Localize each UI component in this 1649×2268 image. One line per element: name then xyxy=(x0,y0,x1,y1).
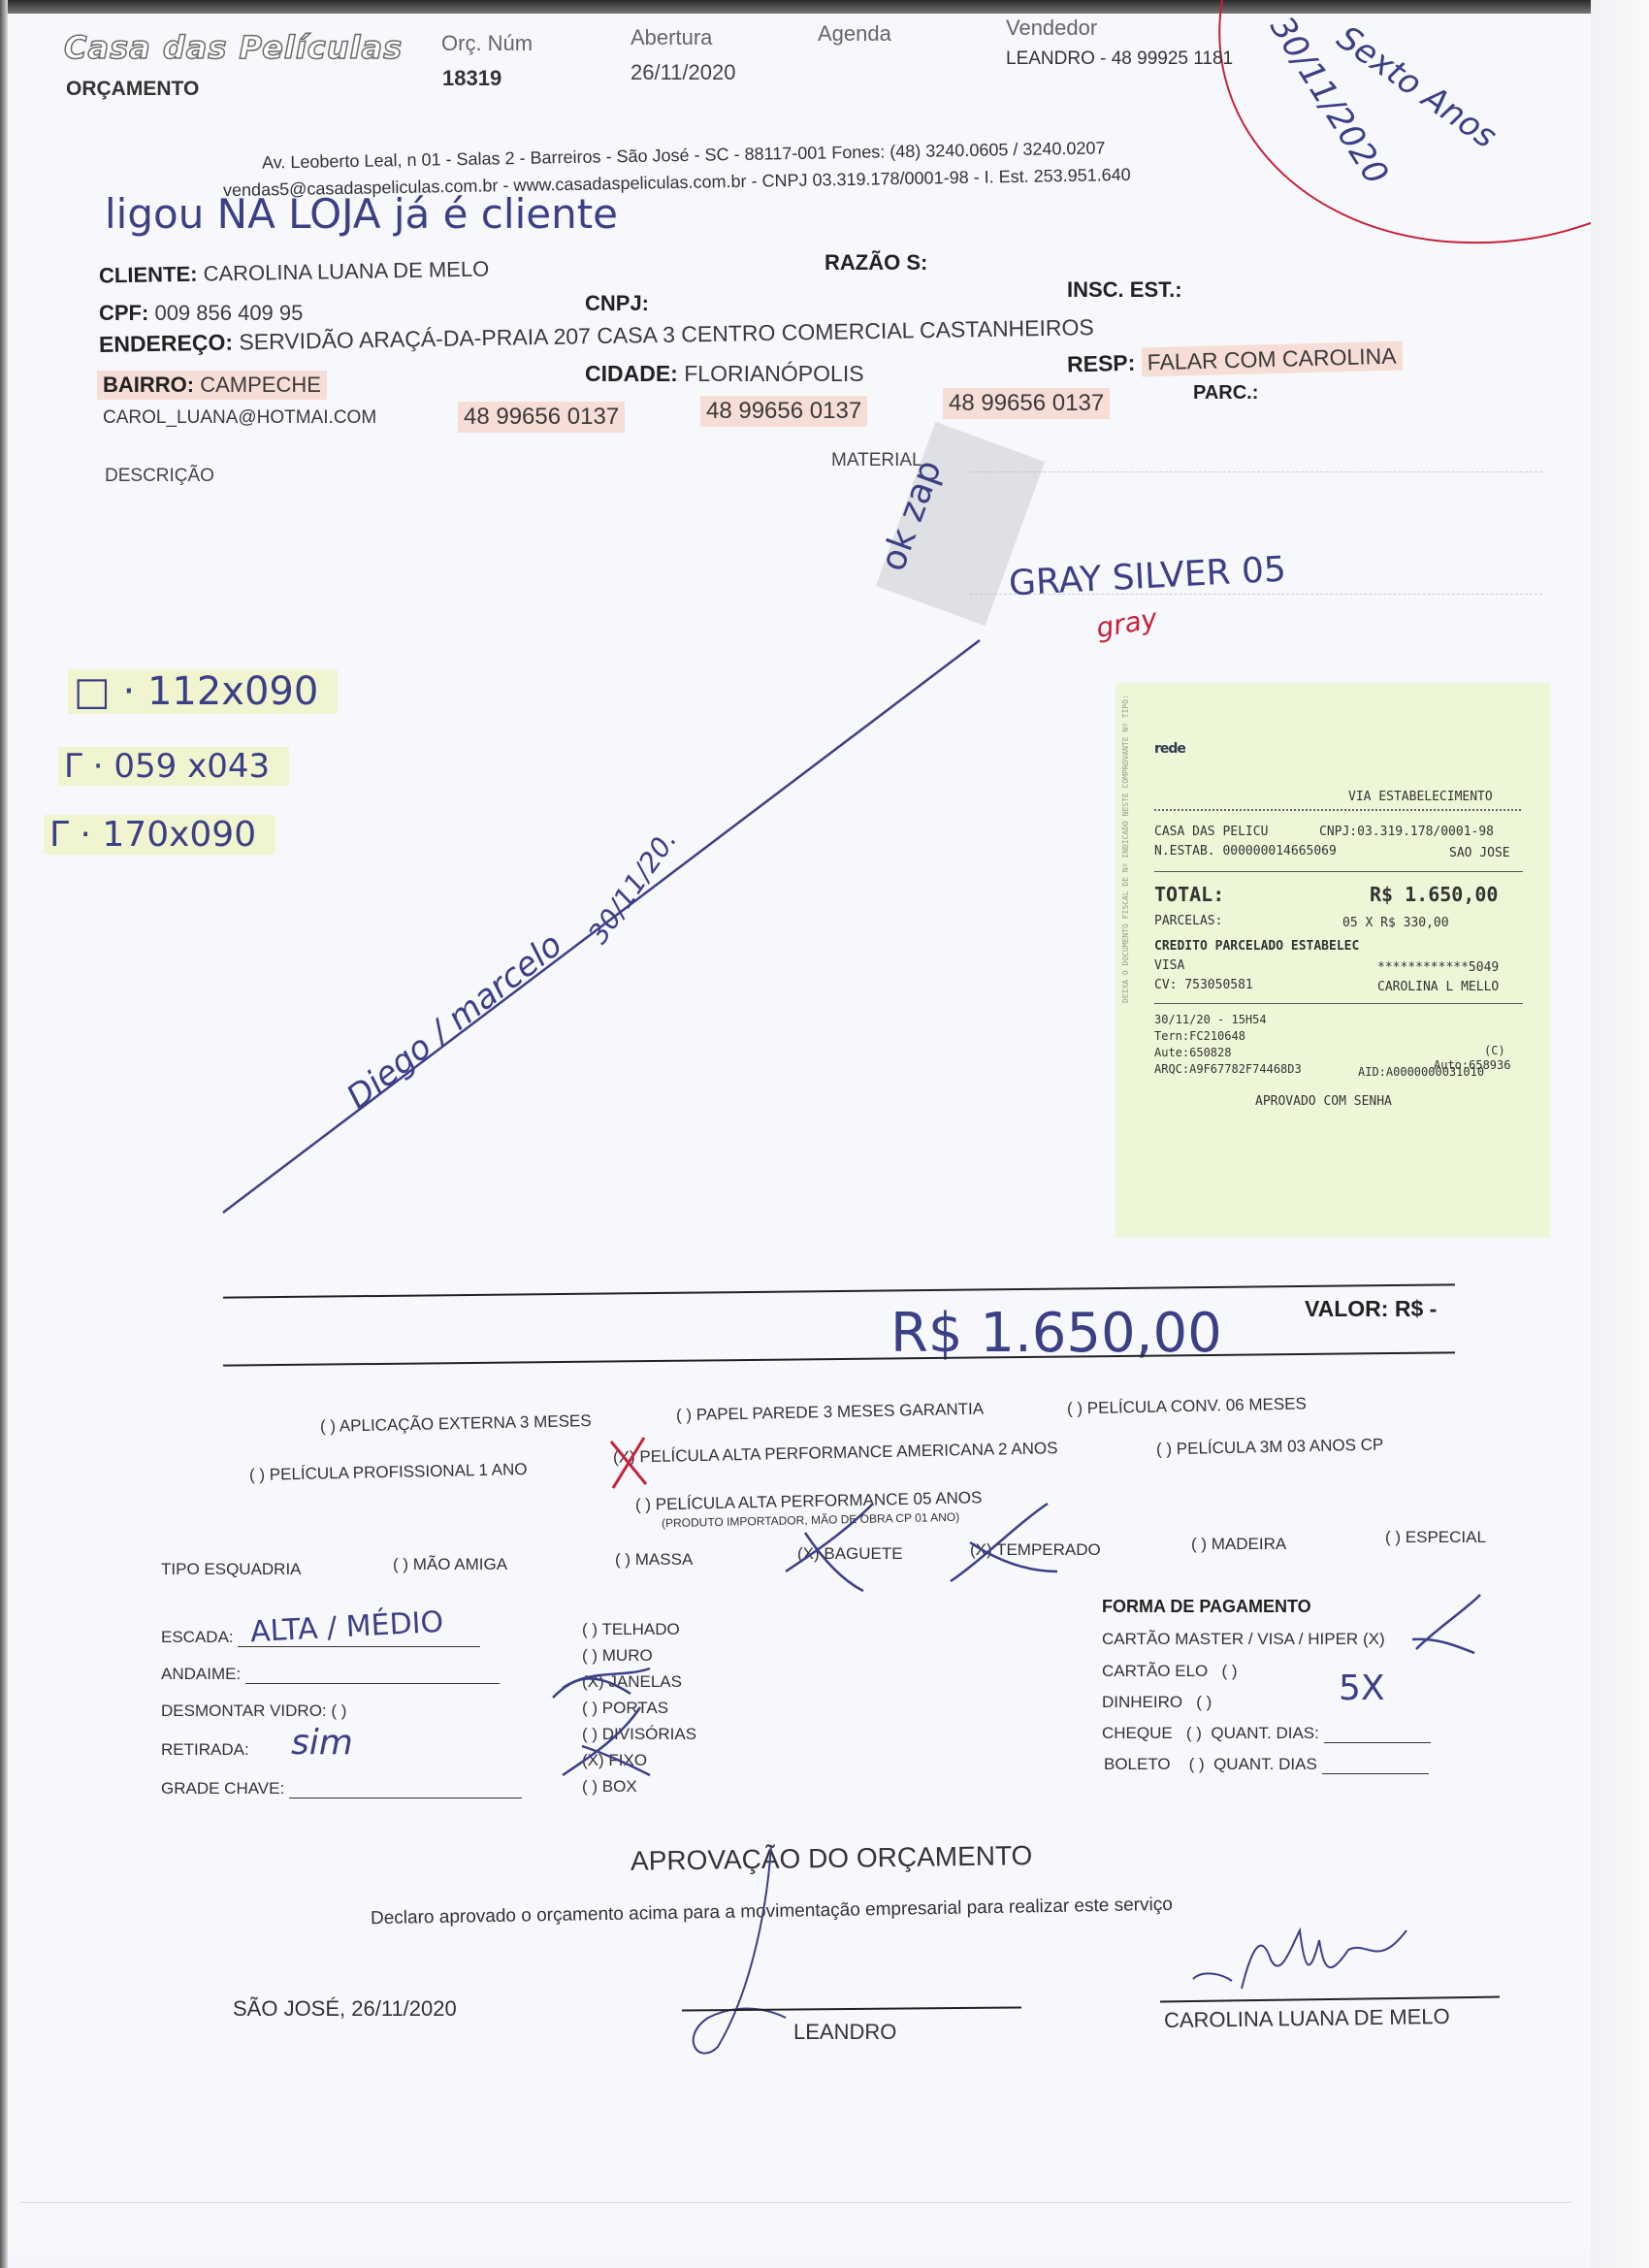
client-phone-2: 48 99656 0137 xyxy=(700,396,867,427)
vendedor-label: Vendedor xyxy=(1006,16,1097,41)
receipt-divider-2 xyxy=(1154,1003,1523,1004)
receipt-card-brand: VISA xyxy=(1154,958,1184,973)
receipt-side-text: DEIXA O DOCUMENTO FISCAL DE Nº INDICADO … xyxy=(1121,695,1130,1003)
desmontar-label: DESMONTAR VIDRO: xyxy=(161,1701,327,1720)
receipt-card-number: ************5049 xyxy=(1377,960,1499,975)
receipt-cv: CV: 753050581 xyxy=(1154,978,1253,992)
payment-dinheiro-box[interactable]: ( ) xyxy=(1196,1693,1212,1711)
razao-label: RAZÃO S: xyxy=(824,250,927,275)
cpf-label: CPF: xyxy=(99,301,148,325)
orc-num: 18319 xyxy=(442,66,501,91)
bairro-value: CAMPECHE xyxy=(200,373,321,397)
receipt-merchant: CASA DAS PELICU xyxy=(1154,825,1268,839)
andaime-label: ANDAIME: xyxy=(161,1665,241,1683)
desmontar-checkbox[interactable]: ( ) xyxy=(331,1701,346,1720)
parc-label: PARC.: xyxy=(1193,382,1258,405)
desmontar-row: DESMONTAR VIDRO: ( ) xyxy=(161,1701,346,1721)
rede-logo: rede xyxy=(1154,741,1185,757)
esquadria-mao-amiga[interactable]: ( ) MÃO AMIGA xyxy=(393,1555,507,1574)
receipt-cnpj: CNPJ:03.319.178/0001-98 xyxy=(1319,825,1494,839)
payment-boleto-days-field[interactable] xyxy=(1322,1758,1429,1774)
receipt-arqc: ARQC:A9F67782F74468D3 xyxy=(1154,1062,1302,1076)
payment-cheque[interactable]: CHEQUE ( ) QUANT. DIAS: xyxy=(1102,1724,1431,1743)
cidade-value: FLORIANÓPOLIS xyxy=(684,361,863,386)
scan-edge-left xyxy=(0,0,8,2268)
payment-cheque-days-field[interactable] xyxy=(1324,1727,1431,1743)
vendedor-value: LEANDRO - 48 99925 1181 xyxy=(1006,49,1233,70)
orc-num-label: Orç. Núm xyxy=(441,31,533,56)
cliente-label: CLIENTE: xyxy=(99,262,198,288)
client-phone-1: 48 99656 0137 xyxy=(458,402,625,433)
abertura-date: 26/11/2020 xyxy=(630,60,735,85)
payment-boleto-label: BOLETO xyxy=(1104,1755,1171,1773)
payment-cheque-label: CHEQUE xyxy=(1102,1724,1173,1742)
abertura-label: Abertura xyxy=(630,25,712,50)
payment-cheque-days-label: QUANT. DIAS: xyxy=(1211,1724,1318,1742)
cidade-label: CIDADE: xyxy=(585,361,678,386)
receipt-holder: CAROLINA L MELLO xyxy=(1377,980,1499,994)
receipt-city: SAO JOSE xyxy=(1449,846,1510,860)
grade-chave-label: GRADE CHAVE: xyxy=(161,1779,284,1798)
descricao-label: DESCRIÇÃO xyxy=(105,466,214,487)
client-phone-3: 48 99656 0137 xyxy=(943,388,1110,419)
handwritten-call-note: ligou NA LOJA já é cliente xyxy=(105,190,618,238)
receipt-divider-dots xyxy=(1154,809,1521,811)
cpf-value: 009 856 409 95 xyxy=(154,301,303,325)
agenda-label: Agenda xyxy=(818,21,891,47)
client-name: CAROLINA LUANA DE MELO xyxy=(1164,2004,1450,2033)
receipt-status: APROVADO COM SENHA xyxy=(1255,1094,1392,1109)
payment-cartao-master-box[interactable]: (X) xyxy=(1363,1630,1385,1648)
esquadria-label: TIPO ESQUADRIA xyxy=(161,1560,302,1579)
escada-label: ESCADA: xyxy=(161,1628,234,1646)
andaime-field[interactable] xyxy=(245,1666,500,1684)
payment-title: FORMA DE PAGAMENTO xyxy=(1102,1597,1311,1617)
payment-boleto[interactable]: BOLETO ( ) QUANT. DIAS xyxy=(1104,1755,1429,1774)
payment-dinheiro-label: DINHEIRO xyxy=(1102,1693,1182,1711)
receipt-total: R$ 1.650,00 xyxy=(1370,883,1498,906)
payment-cartao-elo-label: CARTÃO ELO xyxy=(1102,1662,1208,1680)
endereco-label: ENDEREÇO: xyxy=(99,330,233,357)
receipt-c-flag: (C) xyxy=(1484,1044,1505,1057)
bairro-row: BAIRRO: CAMPECHE xyxy=(97,371,327,400)
receipt-term: Tern:FC210648 xyxy=(1154,1029,1245,1043)
payment-cartao-master[interactable]: CARTÃO MASTER / VISA / HIPER (X) xyxy=(1102,1630,1385,1649)
bairro-label: BAIRRO: xyxy=(103,373,194,397)
receipt-estab: N.ESTAB. 000000014665069 xyxy=(1154,844,1337,859)
checked-x-mark-red xyxy=(607,1434,652,1492)
grade-row: GRADE CHAVE: xyxy=(161,1779,522,1798)
receipt-parcelas: 05 X R$ 330,00 xyxy=(1342,916,1449,930)
payment-installments-note: 5X xyxy=(1339,1669,1385,1708)
cidade-row: CIDADE: FLORIANÓPOLIS xyxy=(585,361,864,387)
payment-dinheiro[interactable]: DINHEIRO ( ) xyxy=(1102,1693,1212,1712)
retirada-value: sim xyxy=(291,1723,353,1763)
receipt-aid: AID:A0000000031010 xyxy=(1358,1065,1484,1079)
company-logo: Casa das Películas xyxy=(64,29,403,66)
payment-boleto-box[interactable]: ( ) xyxy=(1189,1755,1205,1773)
esquadria-massa[interactable]: ( ) MASSA xyxy=(615,1550,693,1570)
receipt-via: VIA ESTABELECIMENTO xyxy=(1348,790,1493,804)
receipt-datetime: 30/11/20 - 15H54 xyxy=(1154,1013,1267,1026)
retirada-label: RETIRADA: xyxy=(161,1740,249,1760)
card-receipt: DEIXA O DOCUMENTO FISCAL DE Nº INDICADO … xyxy=(1115,683,1550,1238)
andaime-row: ANDAIME: xyxy=(161,1665,500,1684)
receipt-aute: Aute:650828 xyxy=(1154,1046,1231,1059)
receipt-total-label: TOTAL: xyxy=(1154,883,1224,906)
payment-cheque-box[interactable]: ( ) xyxy=(1186,1724,1202,1742)
receipt-divider-1 xyxy=(1154,871,1523,872)
payment-boleto-days-label: QUANT. DIAS xyxy=(1213,1755,1317,1773)
payment-x-mark xyxy=(1406,1591,1484,1659)
valor-label: VALOR: R$ - xyxy=(1305,1296,1437,1322)
cnpj-label: CNPJ: xyxy=(585,291,649,316)
local-telhado[interactable]: ( ) TELHADO xyxy=(582,1620,680,1639)
material-line-1 xyxy=(970,471,1542,472)
doc-title: ORÇAMENTO xyxy=(66,78,199,101)
receipt-type: CREDITO PARCELADO ESTABELEC xyxy=(1154,939,1359,954)
payment-cartao-elo[interactable]: CARTÃO ELO ( ) xyxy=(1102,1662,1238,1681)
esquadria-x-marks xyxy=(776,1494,1086,1601)
scan-edge-right xyxy=(1591,0,1649,2268)
esquadria-especial[interactable]: ( ) ESPECIAL xyxy=(1385,1528,1486,1547)
page-bottom-edge xyxy=(19,2202,1571,2203)
receipt-parcelas-label: PARCELAS: xyxy=(1154,914,1222,928)
payment-cartao-elo-box[interactable]: ( ) xyxy=(1221,1662,1237,1680)
approval-place-date: SÃO JOSÉ, 26/11/2020 xyxy=(233,1996,457,2022)
client-email: CAROL_LUANA@HOTMAI.COM xyxy=(103,407,376,429)
insc-est-label: INSC. EST.: xyxy=(1067,277,1182,303)
seller-name: LEANDRO xyxy=(793,2020,896,2045)
esquadria-madeira[interactable]: ( ) MADEIRA xyxy=(1191,1535,1286,1554)
payment-cartao-master-label: CARTÃO MASTER / VISA / HIPER xyxy=(1102,1630,1358,1648)
cliente-value: CAROLINA LUANA DE MELO xyxy=(203,256,489,285)
cpf-row: CPF: 009 856 409 95 xyxy=(99,301,303,326)
resp-label: RESP: xyxy=(1067,350,1136,377)
client-signature xyxy=(1183,1911,1455,2008)
grade-chave-field[interactable] xyxy=(289,1780,522,1798)
local-x-marks xyxy=(543,1659,660,1785)
